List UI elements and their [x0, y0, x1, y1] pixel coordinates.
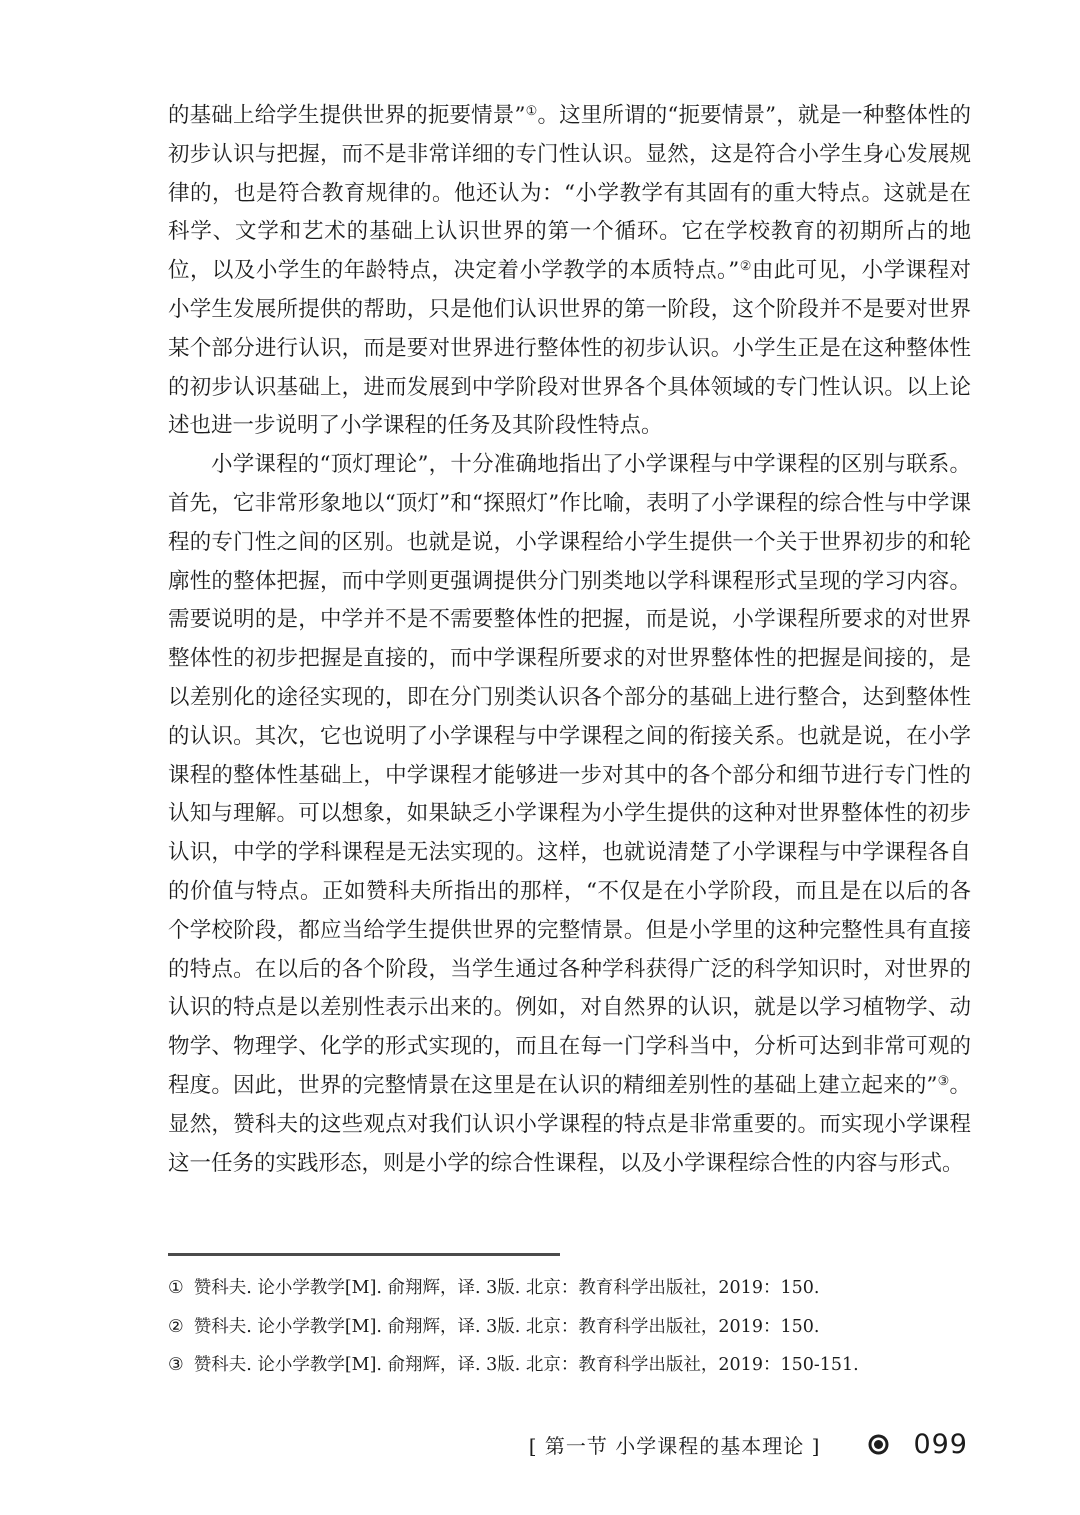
footnote-marker: ③ — [168, 1346, 184, 1385]
body-paragraph: 小学课程的“顶灯理论”，十分准确地指出了小学课程与中学课程的区别与联系。首先，它… — [168, 446, 971, 1183]
footnote-item: ③ 赞科夫. 论小学教学[M]. 俞翔辉，译. 3版. 北京：教育科学出版社，2… — [168, 1346, 971, 1385]
bullseye-icon — [874, 1440, 883, 1449]
footnote-text: 赞科夫. 论小学教学[M]. 俞翔辉，译. 3版. 北京：教育科学出版社，201… — [194, 1308, 971, 1347]
footnote-item: ① 赞科夫. 论小学教学[M]. 俞翔辉，译. 3版. 北京：教育科学出版社，2… — [168, 1269, 971, 1308]
footnote-ref: ② — [739, 259, 752, 274]
page-number: 099 — [913, 1429, 968, 1460]
footnote-divider-rule — [168, 1253, 560, 1256]
body-paragraph: 的基础上给学生提供世界的扼要情景”①。这里所谓的“扼要情景”，就是一种整体性的初… — [168, 97, 971, 446]
footnote-item: ② 赞科夫. 论小学教学[M]. 俞翔辉，译. 3版. 北京：教育科学出版社，2… — [168, 1308, 971, 1347]
book-page: { "document": { "body_paragraphs": [ { "… — [0, 0, 1080, 1515]
footnotes: ① 赞科夫. 论小学教学[M]. 俞翔辉，译. 3版. 北京：教育科学出版社，2… — [168, 1253, 971, 1385]
footnote-marker: ① — [168, 1269, 184, 1308]
page-footer: [ 第一节 小学课程的基本理论 ] 099 — [529, 1429, 968, 1460]
footnote-marker: ② — [168, 1308, 184, 1347]
section-label: [ 第一节 小学课程的基本理论 ] — [529, 1430, 821, 1459]
footnote-ref: ③ — [937, 1074, 949, 1089]
footnote-list: ① 赞科夫. 论小学教学[M]. 俞翔辉，译. 3版. 北京：教育科学出版社，2… — [168, 1269, 971, 1385]
body-text: 的基础上给学生提供世界的扼要情景”①。这里所谓的“扼要情景”，就是一种整体性的初… — [168, 97, 971, 1183]
footnote-text: 赞科夫. 论小学教学[M]. 俞翔辉，译. 3版. 北京：教育科学出版社，201… — [194, 1346, 971, 1385]
footnote-ref: ① — [525, 104, 537, 119]
footnote-text: 赞科夫. 论小学教学[M]. 俞翔辉，译. 3版. 北京：教育科学出版社，201… — [194, 1269, 971, 1308]
